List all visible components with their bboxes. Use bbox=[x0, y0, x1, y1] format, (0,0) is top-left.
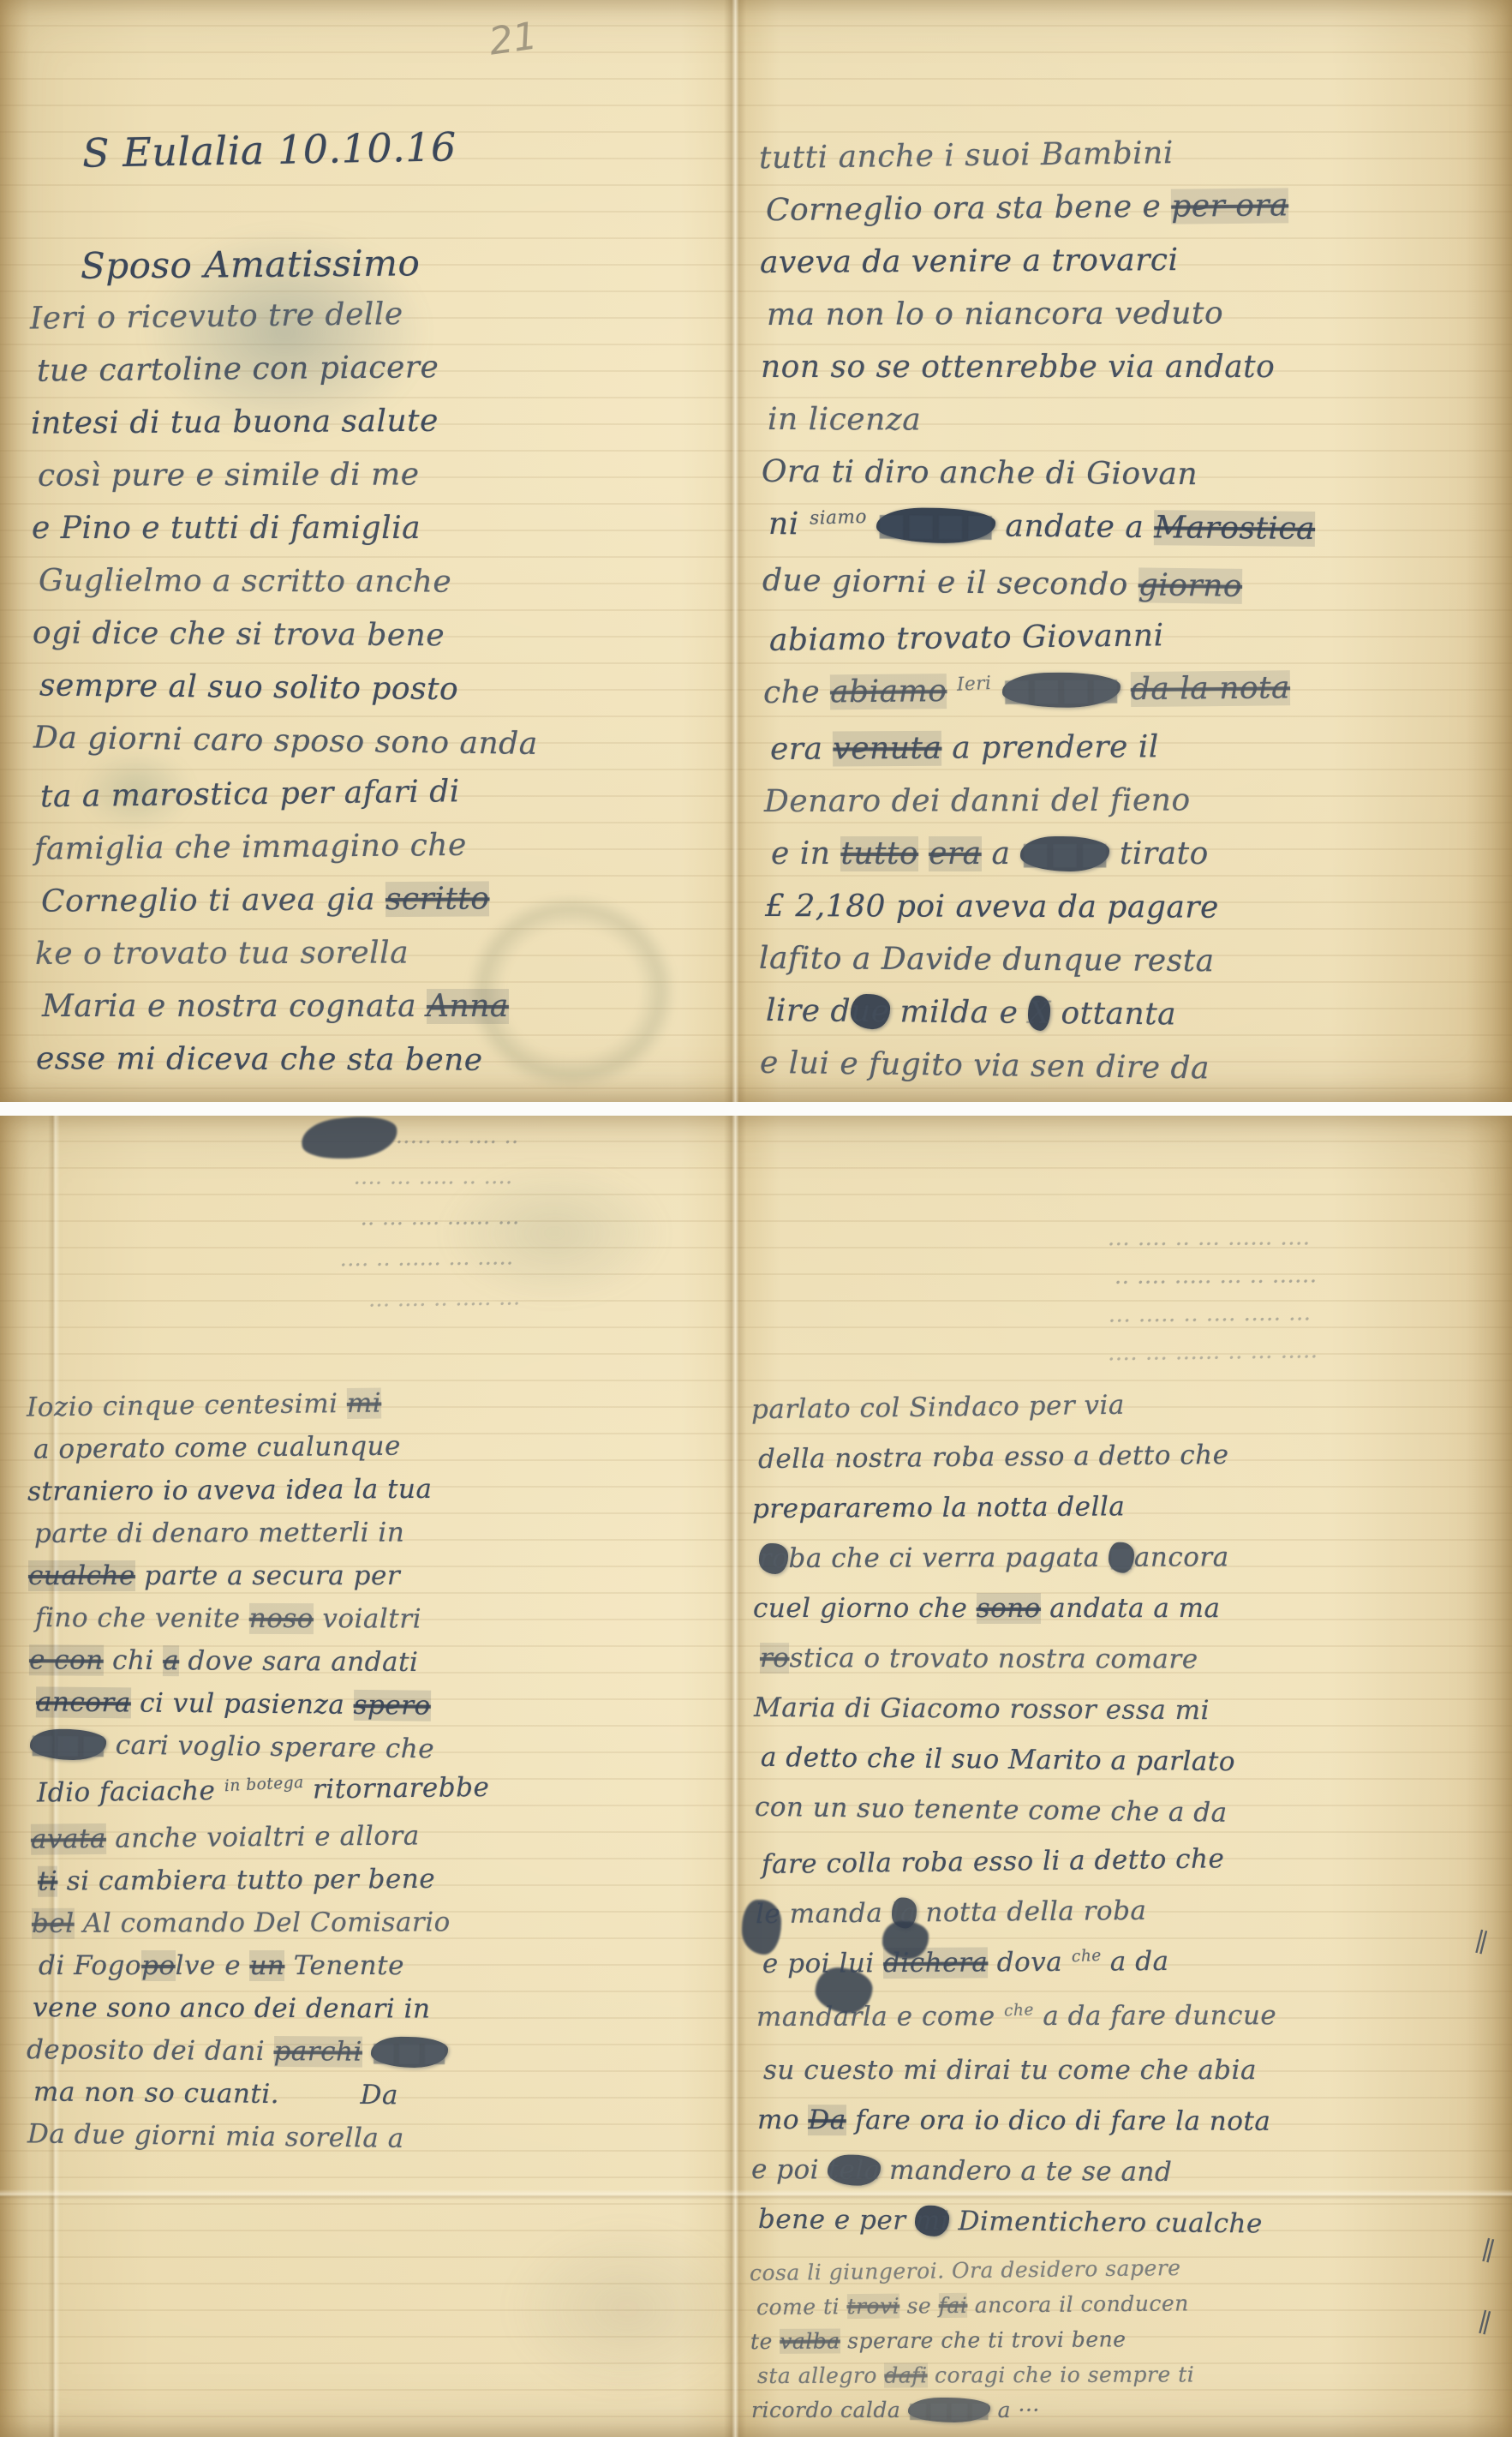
handwritten-line: ti si cambiera tutto per bene bbox=[38, 1857, 524, 1903]
handwritten-line: ··· ····· ·· ···· ··· bbox=[40, 1282, 521, 1329]
handwritten-line: Da giorni caro sposo sono anda bbox=[33, 712, 504, 771]
handwritten-line: a operato come cualunque bbox=[33, 1423, 520, 1470]
handwritten-line: Corneglio ora sta bene e per ora bbox=[766, 179, 1328, 237]
letter-salutation: Sposo Amatissimo bbox=[81, 242, 421, 286]
handwritten-line: ma non lo o niancora veduto bbox=[767, 287, 1328, 342]
struck-word: Da bbox=[808, 2105, 846, 2135]
handwritten-line: ogi dice che si trova bene bbox=[33, 607, 502, 662]
page-3-body: Iozio cinque centesimi mia operato come … bbox=[33, 1383, 519, 2159]
handwritten-line: ke o trovato tua sorella bbox=[35, 926, 505, 981]
inserted-word: Ieri bbox=[956, 657, 993, 712]
handwritten-line: ta a marostica per afari di bbox=[40, 764, 511, 823]
handwritten-line: Ieri o ricevuto tre delle bbox=[30, 287, 500, 346]
handwritten-line: così pure e simile di me bbox=[38, 448, 507, 503]
paper-stain bbox=[505, 2221, 750, 2397]
handwritten-line: intesi di tua buona salute bbox=[31, 394, 500, 450]
handwritten-line: mo Da fare ora io dico di fare la nota bbox=[757, 2095, 1323, 2147]
handwritten-line: cualche parte a secura per bbox=[28, 1554, 515, 1597]
handwritten-line: e poi tela mandero a te se and bbox=[751, 2145, 1317, 2199]
handwritten-line: e con chi a dove sara andati bbox=[29, 1638, 516, 1685]
struck-word: fai bbox=[939, 2293, 968, 2318]
struck-word: un bbox=[249, 1950, 284, 1981]
handwritten-line: Corneglio ti avea gia scritto bbox=[41, 872, 511, 928]
ink-blot-word: ■■■■ bbox=[876, 507, 995, 543]
page-4-body-cramped: cosa li giungeroi. Ora desidero sapereco… bbox=[756, 2252, 1321, 2428]
handwritten-line: ····· ··· ······ ·· ···· bbox=[33, 1242, 513, 1287]
handwritten-line: della nostra roba esso a detto che bbox=[758, 1429, 1324, 1485]
struck-word: venuta bbox=[833, 731, 941, 767]
struck-word: e con bbox=[29, 1644, 104, 1676]
handwritten-line: bel Al comando Del Comisario bbox=[32, 1901, 518, 1945]
handwritten-line: ······ ·· ··· ····· ···· ·· bbox=[764, 1260, 1317, 1302]
struck-word: po bbox=[141, 1950, 176, 1981]
handwritten-line: straniero io aveva idea la tua bbox=[27, 1467, 514, 1513]
handwritten-line: avata anche voialtri e allora bbox=[31, 1813, 517, 1860]
ink-blot-word: ue bbox=[851, 994, 890, 1029]
handwritten-line: cosa li giungeroi. Ora desidero sapere bbox=[750, 2248, 1315, 2290]
struck-word: avata bbox=[31, 1823, 106, 1855]
handwritten-line: £ 2,180 poi aveva da pagare bbox=[765, 880, 1326, 935]
handwritten-line: lire due milda e X ottanta bbox=[766, 985, 1328, 1043]
handwritten-line: vene sono anco dei denari in bbox=[33, 1986, 519, 2031]
handwritten-line: Da due giorni mia sorella a bbox=[27, 2112, 515, 2161]
handwritten-line: era venuta a prendere il bbox=[770, 720, 1331, 776]
letter-page-1: 21 S Eulalia 10.10.16 Sposo Amatissimo I… bbox=[31, 0, 511, 1102]
struck-word: abiamo bbox=[830, 674, 947, 710]
struck-word: dichera bbox=[883, 1947, 988, 1979]
ink-blot-word: ■■■■ bbox=[908, 2398, 990, 2422]
struck-word: spero bbox=[353, 1690, 430, 1721]
center-fold bbox=[724, 1116, 746, 2437]
handwritten-line: aveva da venire a trovarci bbox=[760, 233, 1321, 290]
ink-blot-word: mi bbox=[915, 2206, 950, 2236]
handwritten-line: Idio faciache in botega ritornarebbe bbox=[37, 1765, 524, 1818]
struck-word: bel bbox=[32, 1908, 75, 1939]
handwritten-line: come ti trovi se fai ancora il conducen bbox=[756, 2284, 1322, 2325]
handwritten-line: ··· ····· ···· ·· ····· ··· bbox=[758, 1298, 1311, 1342]
ink-blot-word: ■■■ bbox=[30, 1728, 107, 1760]
center-fold bbox=[724, 0, 746, 1102]
handwritten-line: ····· ··· ·· ······ ··· ···· bbox=[765, 1336, 1318, 1381]
struck-word: a bbox=[163, 1645, 179, 1676]
scan-bottom-edge bbox=[0, 2437, 1512, 2449]
struck-word: parchi bbox=[273, 2036, 362, 2068]
inserted-word: che bbox=[1070, 1931, 1102, 1982]
margin-mark: ∥ bbox=[1475, 2308, 1494, 2339]
handwritten-line: rostica o trovato nostra comare bbox=[760, 1633, 1325, 1686]
struck-word: giorno bbox=[1138, 567, 1242, 604]
struck-word: Marostica bbox=[1154, 510, 1315, 547]
struck-word: per ora bbox=[1171, 188, 1288, 224]
handwritten-line: a detto che il suo Marito a parlato bbox=[761, 1733, 1327, 1788]
handwritten-line: mandarla e come che a da fare duncue bbox=[756, 1991, 1322, 2046]
margin-mark: ∥ bbox=[1479, 2236, 1497, 2267]
handwritten-line: fino che venite noso voialtri bbox=[35, 1596, 522, 1641]
handwritten-line: prepararemo la notta della bbox=[752, 1481, 1318, 1535]
handwritten-line: tue cartoline con piacere bbox=[37, 340, 507, 398]
struck-word: valba bbox=[780, 2328, 840, 2353]
handwritten-line: ···· ·· ····· ··· ···· bbox=[33, 1161, 512, 1204]
struck-word: scritto bbox=[385, 881, 490, 917]
handwritten-line: sta allegro dafi coragi che io sempre ti bbox=[757, 2356, 1323, 2393]
handwritten-line: ancora ci vul pasienza spero bbox=[36, 1680, 523, 1727]
struck-word: cualche bbox=[28, 1560, 135, 1591]
handwritten-line: in licenza bbox=[768, 393, 1329, 448]
letter-dateline: S Eulalia 10.10.16 bbox=[82, 123, 457, 177]
handwritten-line: due giorni e il secondo giorno bbox=[762, 554, 1324, 614]
handwritten-line: che abiamo Ieri ■■■■ da la nota bbox=[763, 662, 1325, 724]
handwritten-line: non so se ottenrebbe via andato bbox=[761, 341, 1322, 394]
struck-word: da la nota bbox=[1131, 670, 1291, 707]
handwritten-line: esse mi diceva che sta bene bbox=[36, 1033, 505, 1087]
struck-word: sono bbox=[977, 1593, 1041, 1624]
letter-sheet-bottom: ··· ····· ·· ···· ········ ··· ······ ··… bbox=[0, 1116, 1512, 2437]
handwritten-line: Maria di Giacomo rossor essa mi bbox=[754, 1683, 1319, 1737]
handwritten-line: parte di denaro metterli in bbox=[34, 1511, 521, 1555]
struck-word: tutto bbox=[840, 836, 918, 871]
ink-blot-word: ro bbox=[759, 1543, 789, 1574]
ink-blot-word: tela bbox=[828, 2154, 880, 2185]
handwritten-line: deposito dei dani parchi ■■■ bbox=[27, 2028, 513, 2075]
page-1-body: Ieri o ricevuto tre delletue cartoline c… bbox=[36, 290, 505, 1087]
handwritten-line: con un suo tenente come che a da bbox=[755, 1782, 1321, 1840]
handwritten-line: ·· ···· ··· ····· bbox=[39, 1121, 518, 1162]
struck-word: trovi bbox=[846, 2294, 899, 2320]
handwritten-line: ni siamo ■■■■ andate a Marostica bbox=[768, 498, 1330, 560]
struck-word: ro bbox=[760, 1643, 790, 1674]
handwritten-line: e lui e fugito via sen dire da bbox=[760, 1037, 1322, 1097]
handwritten-line: bene e per mi Dimentichero cualche bbox=[758, 2195, 1324, 2250]
handwritten-line: Iozio cinque centesimi mi bbox=[27, 1380, 514, 1429]
ink-blot-word: ■■■■ bbox=[1002, 672, 1121, 708]
handwritten-line: sempre al suo solito posto bbox=[39, 659, 510, 716]
ink-blot-word: la bbox=[891, 1897, 917, 1928]
inserted-word: che bbox=[1003, 1985, 1035, 2036]
handwritten-line: ···· ······ ··· ·· ···· ··· bbox=[757, 1223, 1310, 1263]
page-4-body: parlato col Sindaco per viadella nostra … bbox=[757, 1381, 1323, 2248]
handwritten-line: tutti anche i suoi Bambini bbox=[759, 125, 1321, 185]
handwritten-line: e in tutto era a ■■■ tirato bbox=[771, 828, 1332, 881]
struck-word: Anna bbox=[427, 989, 509, 1024]
struck-word: dafi bbox=[884, 2362, 927, 2387]
handwritten-line: di Fogopolve e un Tenente bbox=[39, 1944, 525, 1987]
handwritten-line: abiamo trovato Giovanni bbox=[769, 608, 1331, 668]
pencil-page-number: 21 bbox=[487, 14, 541, 63]
page-4-inverted-text: ····· ··· ·· ······ ··· ······· ····· ··… bbox=[759, 1224, 1312, 1378]
handwritten-line: ma non so cuanti. Da bbox=[33, 2070, 520, 2117]
inserted-word: siamo bbox=[809, 491, 867, 546]
letter-page-2: tutti anche i suoi BambiniCorneglio ora … bbox=[758, 0, 1328, 1102]
handwritten-line: ricordo calda ■■■■ a ··· bbox=[751, 2392, 1317, 2428]
handwritten-line: le manda la notta della roba bbox=[756, 1884, 1322, 1940]
page-2-body: tutti anche i suoi BambiniCorneglio ora … bbox=[765, 129, 1326, 1093]
handwritten-line: cuel giorno che sono andata a ma bbox=[753, 1584, 1318, 1634]
handwritten-line: te valba sperare che ti trovi bene bbox=[750, 2320, 1316, 2359]
struck-word: ancora bbox=[36, 1686, 131, 1718]
letter-page-3: ··· ····· ·· ···· ········ ··· ······ ··… bbox=[26, 1116, 523, 2437]
handwritten-line: Guglielmo a scritto anche bbox=[39, 554, 508, 609]
letter-sheet-top: 21 S Eulalia 10.10.16 Sposo Amatissimo I… bbox=[0, 0, 1512, 1102]
struck-word: ti bbox=[38, 1866, 58, 1897]
handwritten-line: su cuesto mi dirai tu come che abia bbox=[763, 2045, 1329, 2096]
handwritten-line: e poi lui dichera dova che a da bbox=[762, 1936, 1328, 1993]
handwritten-line: lafito a Davide dunque resta bbox=[759, 932, 1320, 989]
letter-page-4: ····· ··· ·· ······ ··· ······· ····· ··… bbox=[754, 1116, 1324, 2437]
ink-blot-word: ■■■ bbox=[1020, 836, 1109, 871]
ink-blot-word: X bbox=[1028, 996, 1051, 1031]
handwritten-line: Maria e nostra cognata Anna bbox=[42, 980, 511, 1033]
ink-blot-word: ■■■ bbox=[371, 2037, 448, 2069]
struck-word: mi bbox=[347, 1387, 382, 1419]
margin-mark: ∥ bbox=[1472, 1927, 1491, 1959]
handwritten-line: roba che ci verra pagata ■ancora bbox=[759, 1532, 1324, 1584]
handwritten-line: e Pino e tutti di famiglia bbox=[32, 502, 501, 555]
ink-blot-word: ■ bbox=[1109, 1542, 1134, 1573]
page-3-inverted-text: ··· ····· ·· ···· ········ ··· ······ ··… bbox=[34, 1121, 514, 1326]
handwritten-line: famiglia che immagino che bbox=[34, 818, 505, 876]
handwritten-line: fare colla roba esso li a detto che bbox=[762, 1833, 1328, 1890]
struck-word: noso bbox=[249, 1603, 314, 1634]
inserted-word: in botega bbox=[224, 1762, 305, 1808]
handwritten-line: ··· ······ ···· ··· ·· bbox=[39, 1201, 519, 1246]
handwritten-line: parlato col Sindaco per via bbox=[751, 1378, 1318, 1435]
handwritten-line: Denaro dei danni del fieno bbox=[764, 774, 1325, 829]
scanned-letter: 21 S Eulalia 10.10.16 Sposo Amatissimo I… bbox=[0, 0, 1512, 2449]
struck-word: era bbox=[929, 836, 981, 871]
